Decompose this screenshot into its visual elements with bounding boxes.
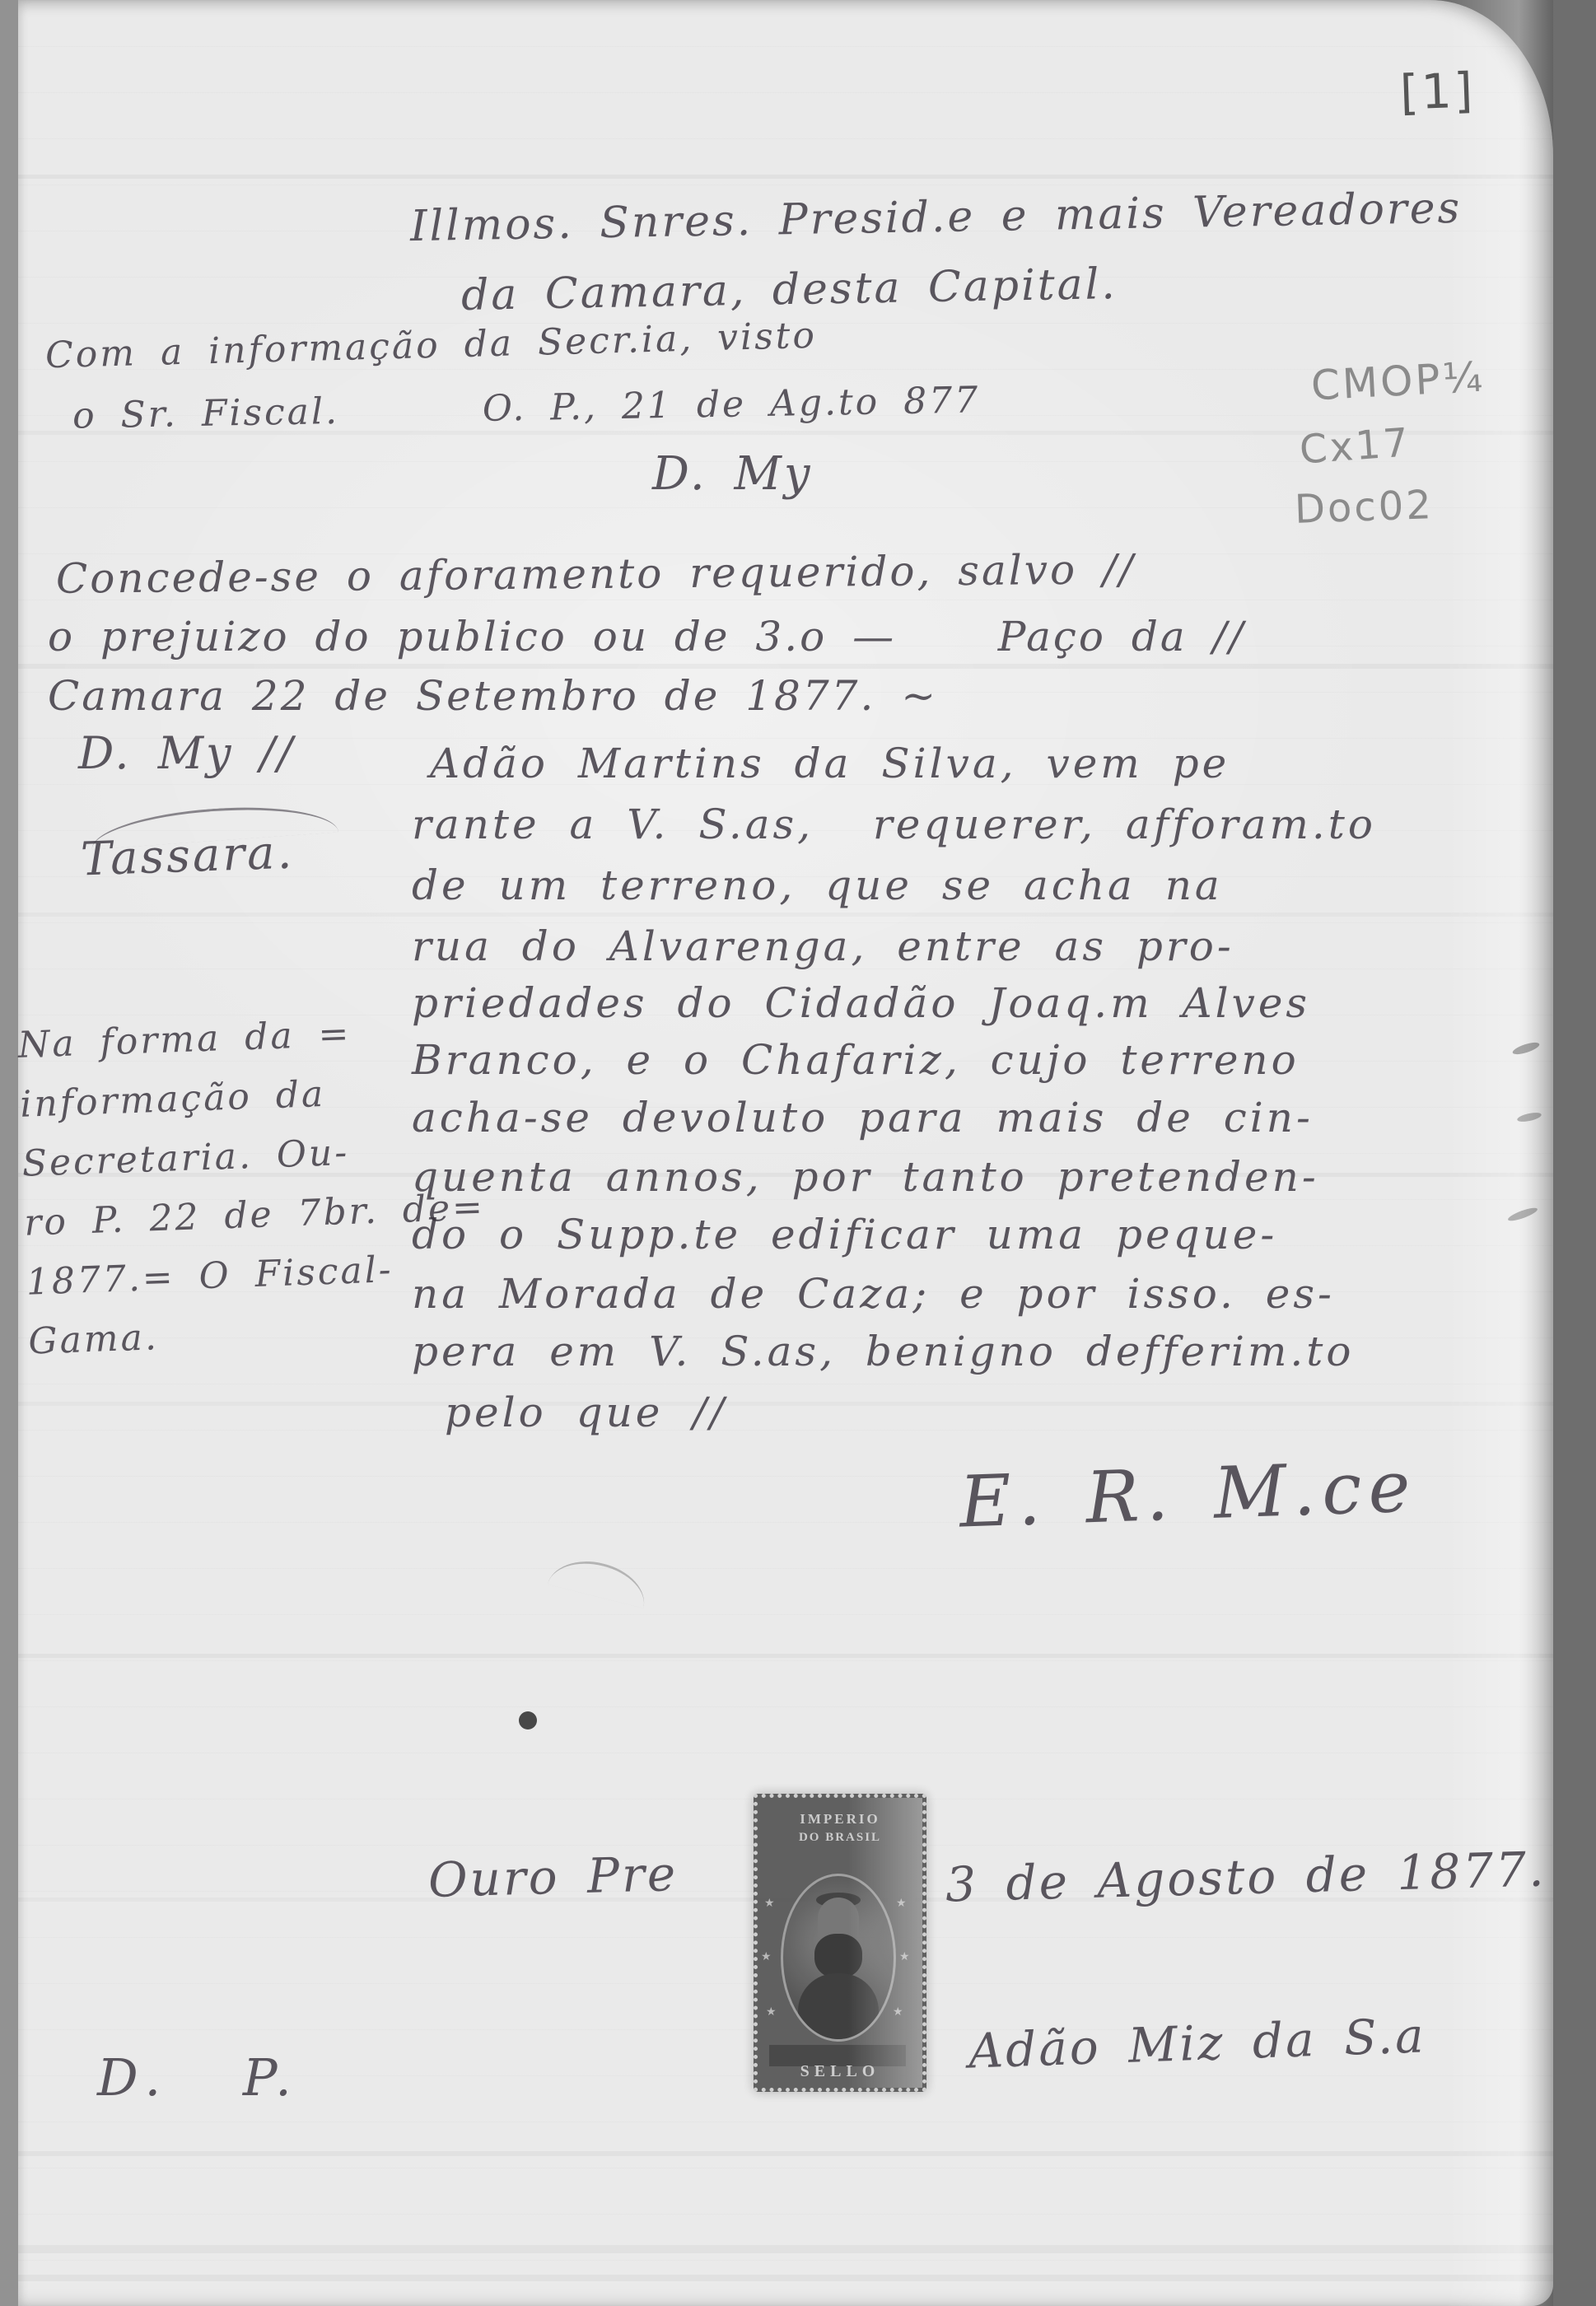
body-line: rua do Alvarenga, entre as pro- <box>412 926 1234 967</box>
grant-line-2: o prejuizo do publico ou de 3.o — Paço d… <box>48 616 1245 657</box>
archival-ref-fond: CMOP¼ <box>1310 357 1486 407</box>
footer-initials: D. P. <box>97 2052 300 2103</box>
scan-artifact-band <box>18 913 1553 917</box>
stamp-bottom-label: SELLO <box>758 2062 922 2081</box>
dateline-date: 3 de Agosto de 1877. <box>945 1845 1547 1908</box>
closing-formula: E. R. M.ce <box>959 1451 1418 1538</box>
despacho-top-initials: D. My <box>652 451 812 497</box>
grant-initials: D. My // <box>78 731 295 776</box>
margin-signature: Tassara. <box>80 829 295 883</box>
scan-artifact-band <box>18 2151 1553 2156</box>
scanner-edge-left <box>0 0 18 2306</box>
body-line: priedades do Cidadão Joaq.m Alves <box>412 983 1310 1024</box>
body-line: de um terreno, que se acha na <box>412 865 1223 906</box>
body-line: pelo que // <box>445 1392 727 1433</box>
body-line: pera em V. S.as, benigno defferim.to <box>412 1331 1354 1372</box>
archival-ref-box: Cx17 <box>1298 422 1412 469</box>
stamp-value-band <box>769 2045 906 2066</box>
star-icon: ★ <box>893 2005 903 2019</box>
stamp-title-line-2: DO BRASIL <box>758 1831 922 1845</box>
petitioner-signature: Adão Miz da S.a <box>968 2011 1426 2075</box>
body-line: acha-se devoluto para mais de cin- <box>412 1097 1314 1138</box>
scan-artifact-band <box>18 175 1553 179</box>
body-line: quenta annos, por tanto pretenden- <box>412 1156 1319 1197</box>
scan-artifact-band <box>18 2245 1553 2253</box>
portrait-beard <box>814 1934 862 1978</box>
scan-artifact-band <box>18 1402 1553 1406</box>
scan-artifact-band <box>18 1654 1553 1658</box>
body-line: do o Supp.te edificar uma peque- <box>412 1214 1277 1255</box>
star-icon: ★ <box>766 2005 777 2019</box>
scan-artifact-band <box>18 2275 1553 2281</box>
star-icon: ★ <box>899 1950 910 1963</box>
star-icon: ★ <box>896 1897 907 1910</box>
portrait-head <box>818 1898 859 1952</box>
grant-line-3: Camara 22 de Setembro de 1877. ~ <box>48 675 938 717</box>
body-line: Branco, e o Chafariz, cujo terreno <box>412 1039 1300 1081</box>
page-number-mark: [1] <box>1399 66 1476 116</box>
revenue-stamp: IMPERIO DO BRASIL ★ ★ ★ ★ ★ ★ SELLO <box>754 1794 926 2092</box>
header-line-2: da Camara, desta Capital. <box>461 263 1118 317</box>
stamp-portrait <box>781 1874 896 2042</box>
archival-ref-doc: Doc02 <box>1294 485 1434 530</box>
scan-artifact-band <box>18 664 1553 669</box>
scanned-document: [1] CMOP¼ Cx17 Doc02 Illmos. Snres. Pres… <box>0 0 1596 2306</box>
grant-line-1: Concede-se o aforamento requerido, salvo… <box>56 548 1136 599</box>
portrait-hair <box>816 1893 861 1907</box>
star-icon: ★ <box>761 1950 772 1963</box>
portrait-shoulders <box>798 1973 879 2039</box>
stamp-title-line-1: IMPERIO <box>758 1811 922 1828</box>
dateline-place: Ouro Pre <box>427 1850 678 1904</box>
body-line: na Morada de Caza; e por isso. es- <box>412 1273 1335 1314</box>
star-icon: ★ <box>764 1897 775 1910</box>
body-line: Adão Martins da Silva, vem pe <box>430 743 1230 784</box>
body-line: rante a V. S.as, requerer, afforam.to <box>412 804 1376 845</box>
